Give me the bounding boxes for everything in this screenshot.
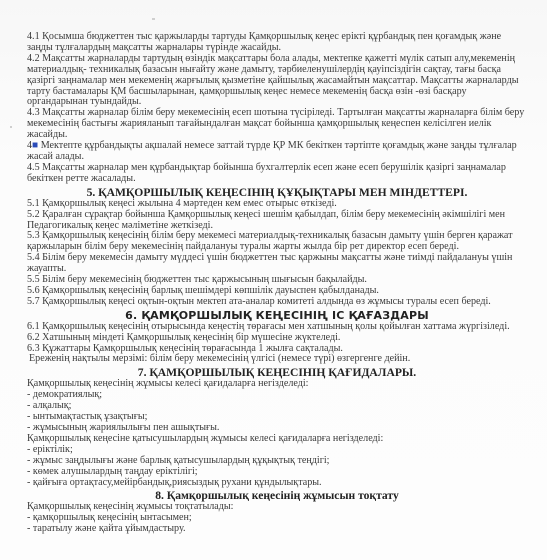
list-item: - қайғыға ортақтасу,мейірбандық,риясызды… bbox=[27, 478, 527, 489]
paragraph-5-1: 5.1 Қамқоршылық кеңесі жылына 4 мәртеден… bbox=[27, 199, 527, 210]
paragraph-4-4-text: Мектепте құрбандықты ақшалай немесе затт… bbox=[27, 140, 517, 162]
list-item: - демократиялық; bbox=[27, 390, 527, 401]
paragraph-6-2: 6.2 Хатшының міндеті Қамқоршылық кеңесін… bbox=[27, 333, 527, 344]
document-body: 4.1 Қосымша бюджеттен тыс қаржыларды тар… bbox=[27, 32, 527, 535]
paragraph-4-5: 4.5 Мақсатты жарналар мен құрбандықтар б… bbox=[27, 163, 527, 185]
paragraph-4-2: 4.2 Мақсатты жарналарды тартудың өзіндік… bbox=[27, 54, 527, 109]
list-item: - жұмыс заңдылығы және барлық қатысушыла… bbox=[27, 456, 527, 467]
list-item: - таратылу және қайта ұйымдастыру. bbox=[27, 524, 527, 535]
cursor-marker-icon: ■ bbox=[32, 140, 38, 151]
section-7-intro-2: Қамқоршылық кеңесіне қатысушылардың жұмы… bbox=[27, 434, 527, 445]
scan-speck bbox=[152, 18, 155, 20]
scan-speck bbox=[10, 126, 12, 128]
heading-section-5: 5. ҚАМҚОРШЫЛЫҚ КЕҢЕСІНІҢ ҚҰҚЫҚТАРЫ МЕН М… bbox=[27, 186, 527, 199]
paragraph-5-4: 5.4 Білім беру мекемесін дамыту мүддесі … bbox=[27, 253, 527, 275]
scanned-page: 4.1 Қосымша бюджеттен тыс қаржыларды тар… bbox=[0, 0, 547, 560]
paragraph-5-3: 5.3 Қамқоршылық кеңесінің білім беру мек… bbox=[27, 231, 527, 253]
paragraph-4-4: 4■ Мектепте құрбандықты ақшалай немесе з… bbox=[27, 141, 527, 163]
heading-section-6: 6. ҚАМҚОРШЫЛЫҚ КЕҢЕСІНІҢ ІС ҚАҒАЗДАРЫ bbox=[27, 309, 527, 322]
paragraph-5-2: 5.2 Қаралған сұрақтар бойынша Қамқоршылы… bbox=[27, 210, 527, 232]
list-item: - көмек алушылардың таңдау еріктілігі; bbox=[27, 467, 527, 478]
paragraph-5-7: 5.7 Қамқоршылық кеңесі оқтын-оқтын мекте… bbox=[27, 297, 527, 308]
section-7-intro-1: Қамқоршылық кеңесінің жұмысы келесі қағи… bbox=[27, 379, 527, 390]
paragraph-term: Ереженің нақтылы мерзімі: білім беру мек… bbox=[27, 354, 527, 365]
paragraph-4-1: 4.1 Қосымша бюджеттен тыс қаржыларды тар… bbox=[27, 32, 527, 54]
paragraph-4-3: 4.3 Мақсатты жарналар білім беру мекемес… bbox=[27, 108, 527, 141]
